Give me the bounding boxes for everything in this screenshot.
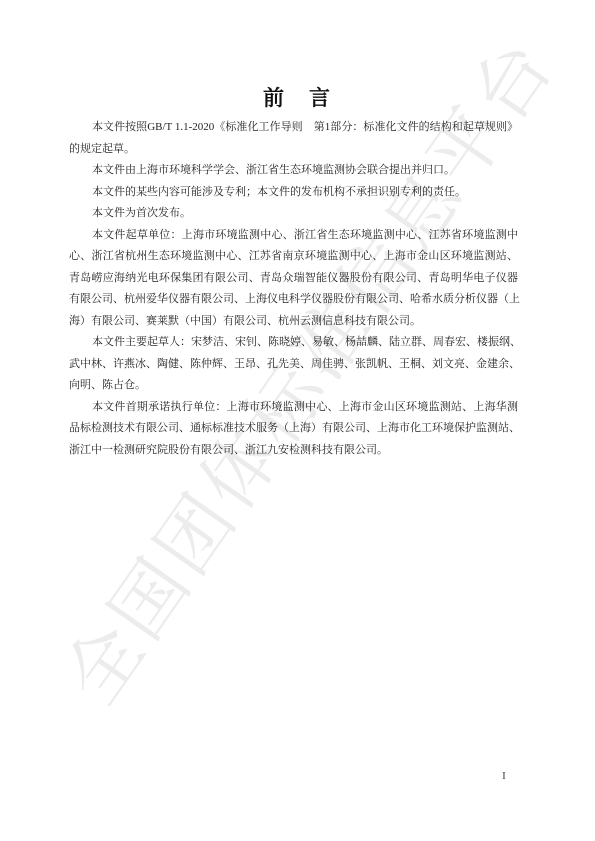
text-line: 海）有限公司、赛莱默（中国）有限公司、杭州云测信息科技有限公司。	[69, 311, 518, 333]
document-body: 本文件按照GB/T 1.1-2020《标准化工作导则 第1部分：标准化文件的结构…	[69, 117, 518, 461]
paragraph: 本文件的某些内容可能涉及专利；本文件的发布机构不承担识别专利的责任。	[69, 182, 518, 204]
text-line: 本文件由上海市环境科学学会、浙江省生态环境监测协会联合提出并归口。	[69, 160, 518, 182]
paragraph: 本文件为首次发布。	[69, 203, 518, 225]
text-line: 青岛崂应海纳光电环保集团有限公司、青岛众瑞智能仪器股份有限公司、青岛明华电子仪器	[69, 268, 518, 290]
text-line: 本文件首期承诺执行单位：上海市环境监测中心、上海市金山区环境监测站、上海华测	[69, 397, 518, 419]
paragraph: 本文件起草单位：上海市环境监测中心、浙江省生态环境监测中心、江苏省环境监测中心、…	[69, 225, 518, 333]
text-line: 心、浙江省杭州生态环境监测中心、江苏省南京环境监测中心、上海市金山区环境监测站、	[69, 246, 518, 268]
text-line: 的规定起草。	[69, 139, 518, 161]
text-line: 本文件起草单位：上海市环境监测中心、浙江省生态环境监测中心、江苏省环境监测中	[69, 225, 518, 247]
text-line: 本文件的某些内容可能涉及专利；本文件的发布机构不承担识别专利的责任。	[69, 182, 518, 204]
document-page: 全国团体标准信息平台 前 言 本文件按照GB/T 1.1-2020《标准化工作导…	[0, 0, 595, 841]
text-line: 本文件主要起草人：宋梦洁、宋钊、陈晓婷、易敏、杨喆麟、陆立群、周春宏、楼振纲、	[69, 332, 518, 354]
text-line: 向明、陈占仓。	[69, 375, 518, 397]
paragraph: 本文件主要起草人：宋梦洁、宋钊、陈晓婷、易敏、杨喆麟、陆立群、周春宏、楼振纲、武…	[69, 332, 518, 397]
text-line: 本文件为首次发布。	[69, 203, 518, 225]
page-title: 前 言	[0, 82, 595, 112]
text-line: 武中林、许燕冰、陶健、陈仲辉、王昂、孔先美、周佳骋、张凯帆、王桐、刘文亮、金建余…	[69, 354, 518, 376]
text-line: 浙江中一检测研究院股份有限公司、浙江九安检测科技有限公司。	[69, 440, 518, 462]
text-line: 有限公司、杭州爱华仪器有限公司、上海仪电科学仪器股份有限公司、哈希水质分析仪器（…	[69, 289, 518, 311]
text-line: 品标检测技术有限公司、通标标准技术服务（上海）有限公司、上海市化工环境保护监测站…	[69, 418, 518, 440]
text-line: 本文件按照GB/T 1.1-2020《标准化工作导则 第1部分：标准化文件的结构…	[69, 117, 518, 139]
paragraph: 本文件由上海市环境科学学会、浙江省生态环境监测协会联合提出并归口。	[69, 160, 518, 182]
paragraph: 本文件首期承诺执行单位：上海市环境监测中心、上海市金山区环境监测站、上海华测品标…	[69, 397, 518, 462]
page-number: I	[494, 770, 514, 782]
paragraph: 本文件按照GB/T 1.1-2020《标准化工作导则 第1部分：标准化文件的结构…	[69, 117, 518, 160]
